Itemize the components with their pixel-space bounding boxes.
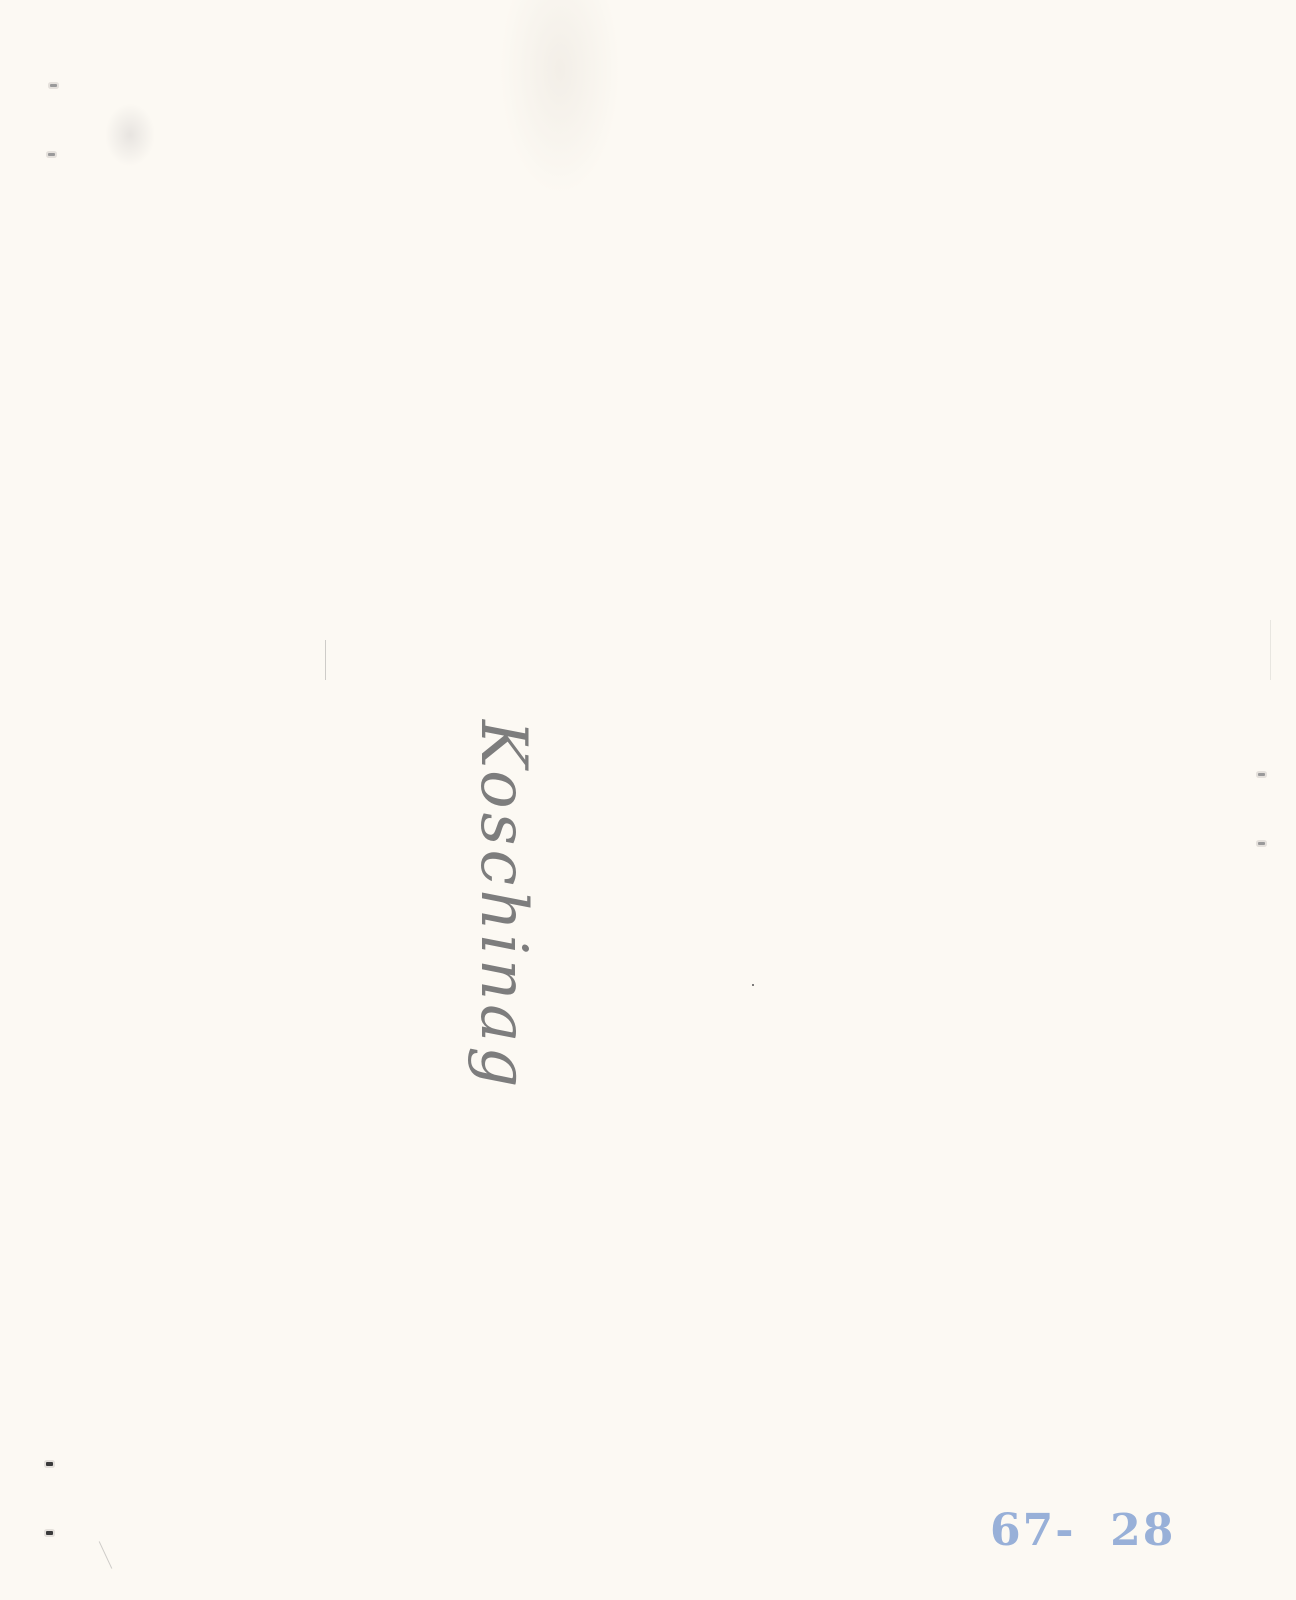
speck bbox=[752, 984, 754, 986]
paper-background bbox=[0, 0, 1296, 1600]
handwritten-note: Koschinag bbox=[466, 720, 540, 1091]
scuff-mark-3 bbox=[1270, 620, 1271, 680]
pinhole-top-left-2 bbox=[48, 153, 55, 156]
pinhole-right-1 bbox=[1258, 773, 1265, 776]
pinhole-bottom-left-1 bbox=[46, 1462, 53, 1466]
inventory-stamp: 67- 28 bbox=[990, 1505, 1175, 1556]
pinhole-bottom-left-2 bbox=[46, 1531, 53, 1535]
pinhole-right-2 bbox=[1258, 842, 1265, 845]
pinhole-top-left-1 bbox=[50, 84, 57, 87]
scuff-mark-1 bbox=[325, 640, 326, 680]
handwritten-note-area: Koschinag bbox=[455, 720, 545, 1000]
